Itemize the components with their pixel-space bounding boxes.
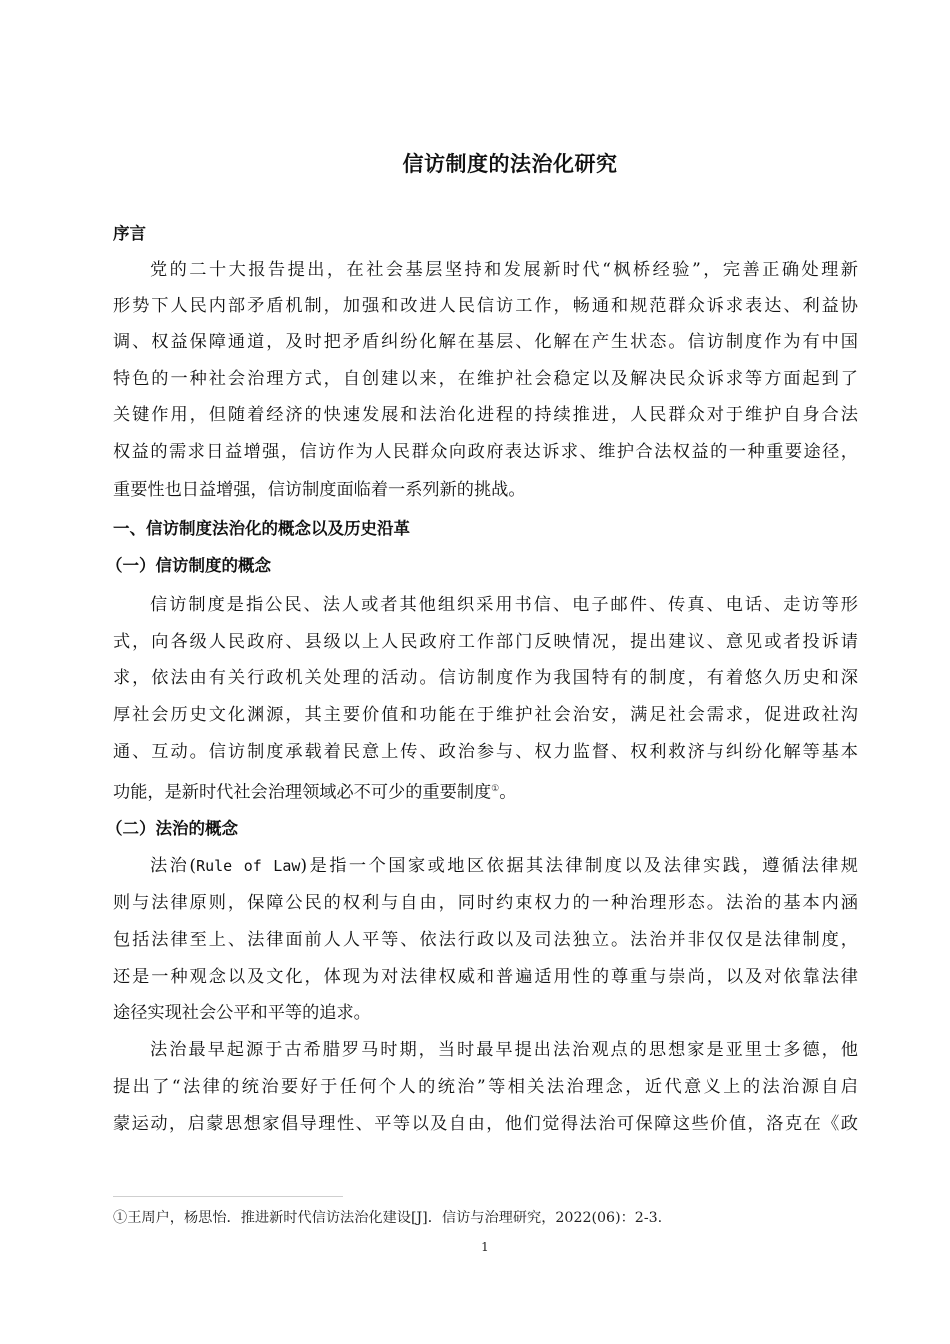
document-page: 信访制度的法治化研究 序言 党的二十大报告提出，在社会基层坚持和发展新时代“枫桥… — [0, 0, 950, 1344]
section-heading: 一、信访制度法治化的概念以及历史沿革 — [113, 517, 410, 541]
latin-term: Rule of Law — [196, 857, 300, 875]
footnote: ①王周户，杨思怡．推进新时代信访法治化建设[J]．信访与治理研究，2022(06… — [113, 1208, 662, 1228]
paragraph-line: 法治(Rule of Law)是指一个国家或地区依据其法律制度以及法律实践，遵循… — [150, 854, 858, 878]
paragraph-line: 厚社会历史文化渊源，其主要价值和功能在于维护社会治安，满足社会需求，促进政社沟 — [113, 703, 858, 727]
paragraph-line: 关键作用，但随着经济的快速发展和法治化进程的持续推进，人民群众对于维护自身合法 — [113, 403, 858, 427]
paragraph-line: 求，依法由有关行政机关处理的活动。信访制度作为我国特有的制度，有着悠久历史和深 — [113, 666, 858, 690]
paragraph-line: 提出了“法律的统治要好于任何个人的统治”等相关法治理念，近代意义上的法治源自启 — [113, 1075, 858, 1099]
paragraph-line: 式，向各级人民政府、县级以上人民政府工作部门反映情况，提出建议、意见或者投诉请 — [113, 630, 858, 654]
subsection-heading: （二）法治的概念 — [106, 817, 238, 841]
paragraph-line: 则与法律原则，保障公民的权利与自由，同时约束权力的一种治理形态。法治的基本内涵 — [113, 891, 858, 915]
paragraph-line: 特色的一种社会治理方式，自创建以来，在维护社会稳定以及解决民众诉求等方面起到了 — [113, 367, 858, 391]
paragraph-line: 信访制度是指公民、法人或者其他组织采用书信、电子邮件、传真、电话、走访等形 — [150, 593, 858, 617]
paragraph-line: 蒙运动，启蒙思想家倡导理性、平等以及自由，他们觉得法治可保障这些价值，洛克在《政 — [113, 1112, 858, 1136]
footnote-separator — [113, 1196, 343, 1197]
paragraph-line: 党的二十大报告提出，在社会基层坚持和发展新时代“枫桥经验”，完善正确处理新 — [150, 258, 858, 282]
paragraph-line: 包括法律至上、法律面前人人平等、依法行政以及司法独立。法治并非仅仅是法律制度， — [113, 928, 858, 952]
paragraph-line: 还是一种观念以及文化，体现为对法律权威和普遍适用性的尊重与崇尚，以及对依靠法律 — [113, 965, 858, 989]
page-number: 1 — [0, 1240, 950, 1254]
paragraph-text: )是指一个国家或地区依据其法律制度以及法律实践，遵循法律规 — [300, 856, 858, 876]
paragraph-line: 调、权益保障通道，及时把矛盾纠纷化解在基层、化解在产生状态。信访制度作为有中国 — [113, 330, 858, 354]
footnote-marker[interactable]: ① — [491, 784, 499, 794]
paragraph-end: 。 — [499, 783, 516, 803]
paragraph-line: 途径实现社会公平和平等的追求。 — [113, 1001, 858, 1025]
document-title: 信访制度的法治化研究 — [0, 148, 950, 178]
paragraph-text: 功能，是新时代社会治理领域必不可少的重要制度 — [113, 783, 491, 803]
paragraph-line: 法治最早起源于古希腊罗马时期，当时最早提出法治观点的思想家是亚里士多德，他 — [150, 1038, 858, 1062]
paragraph-line: 通、互动。信访制度承载着民意上传、政治参与、权力监督、权利救济与纠纷化解等基本 — [113, 740, 858, 764]
paragraph-text: 法治( — [150, 856, 196, 876]
paragraph-line: 功能，是新时代社会治理领域必不可少的重要制度①。 — [113, 777, 858, 801]
preface-heading: 序言 — [113, 222, 146, 246]
subsection-heading: （一）信访制度的概念 — [106, 554, 271, 578]
paragraph-line: 形势下人民内部矛盾机制，加强和改进人民信访工作，畅通和规范群众诉求表达、利益协 — [113, 294, 858, 318]
paragraph-line: 重要性也日益增强，信访制度面临着一系列新的挑战。 — [113, 478, 858, 502]
paragraph-line: 权益的需求日益增强，信访作为人民群众向政府表达诉求、维护合法权益的一种重要途径， — [113, 440, 858, 464]
